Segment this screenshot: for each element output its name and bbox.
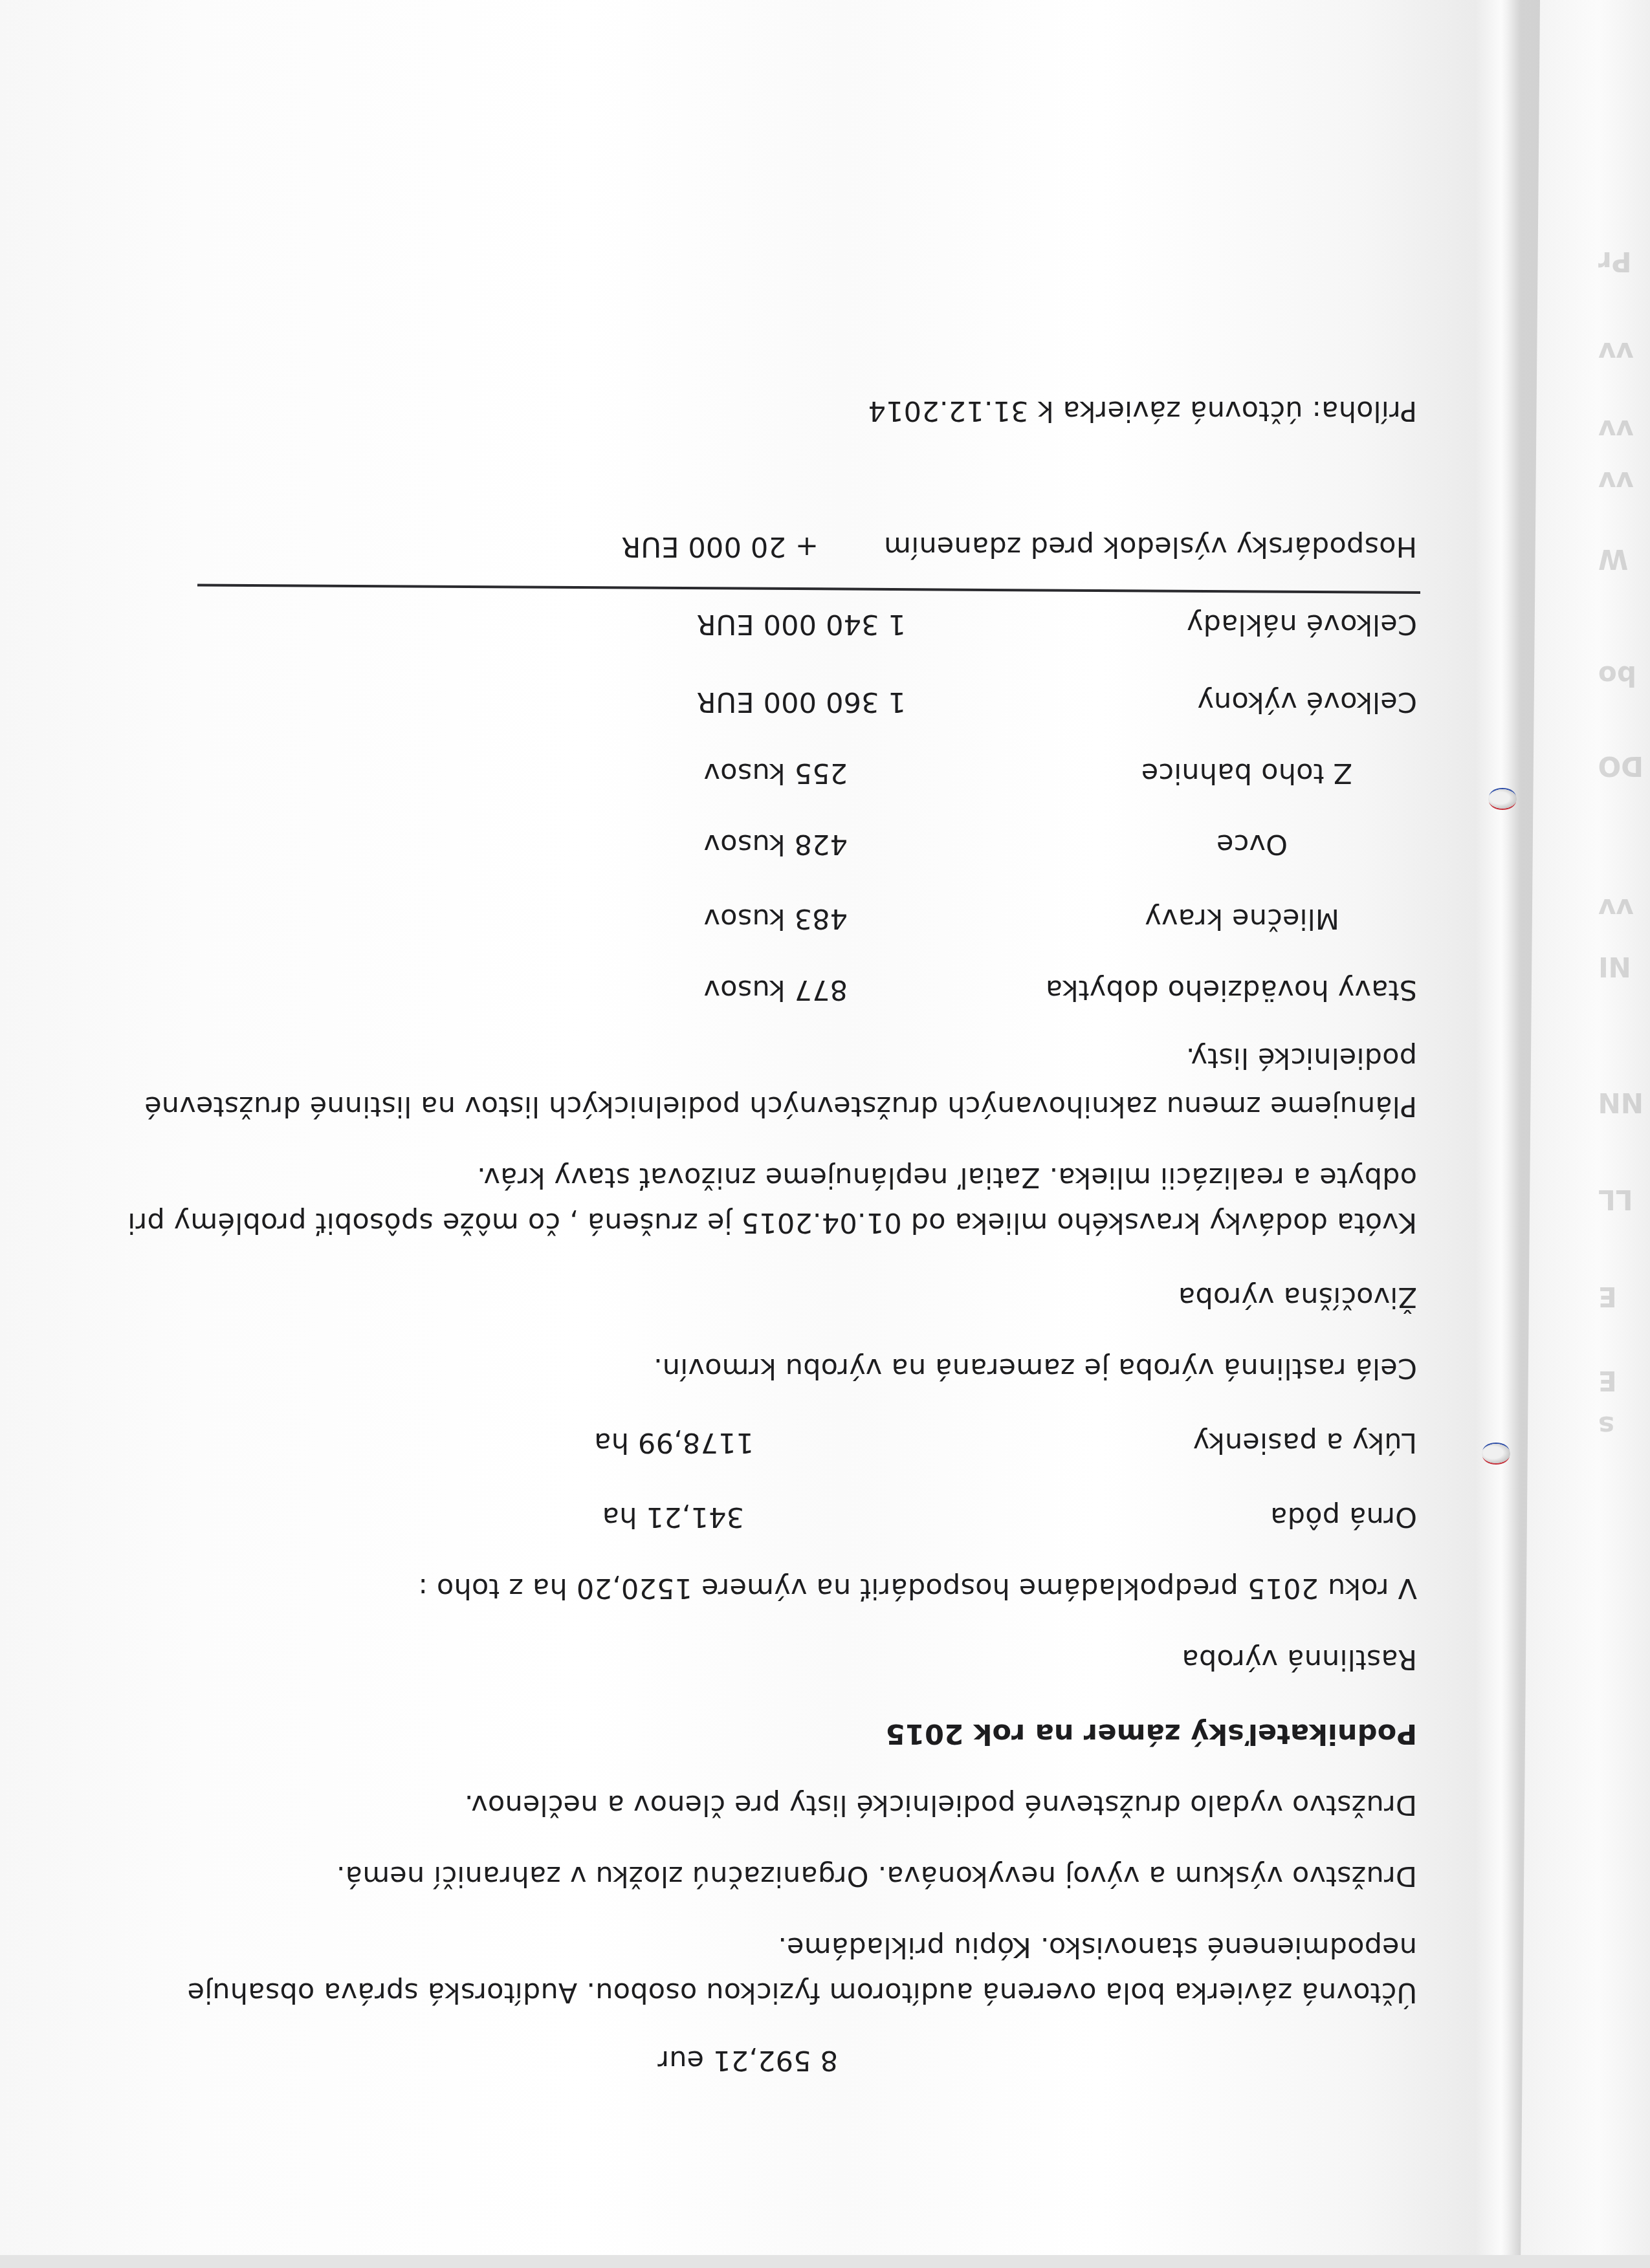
financial-label: Celkové náklady [1187, 608, 1417, 640]
result-value: + 20 000 EUR [621, 530, 819, 563]
land-item-value: 341,21 ha [602, 1501, 744, 1533]
livestock-item-value: 428 kusov [703, 828, 848, 860]
livestock-item-value: 877 kusov [703, 974, 848, 1006]
land-item-label: Lúky a pasienky [1193, 1426, 1417, 1459]
livestock-item-value: 255 kusov [703, 757, 848, 789]
financial-value: 1 340 000 EUR [696, 608, 906, 640]
quota-paragraph-line-1: Kvóta dodávky kravského mlieka od 01.04.… [127, 1206, 1417, 1239]
livestock-item-label: Z toho bahnice [1141, 757, 1352, 789]
plan-paragraph-line-1: Plánujeme zmenu zaknihovaných družstevný… [144, 1090, 1417, 1122]
shares-paragraph: Družstvo vydalo družstevné podielnické l… [465, 1789, 1417, 1821]
audit-paragraph-line-2: nepodmienené stanovisko. Kópiu prikladám… [778, 1931, 1417, 1963]
land-item-label: Orná pôda [1270, 1501, 1417, 1533]
livestock-item-label: Mliečne kravy [1145, 902, 1339, 935]
land-item-value: 1178,99 ha [594, 1426, 754, 1459]
financial-value: 1 360 000 EUR [696, 686, 906, 718]
plant-production-note: Celá rastlinná výroba je zameraná na výr… [654, 1352, 1417, 1384]
result-label: Hospodársky výsledok pred zdanením [884, 530, 1417, 563]
plan-paragraph-line-2: podielnické listy. [1186, 1041, 1417, 1074]
attachment-line: Príloha: účtovná závierka k 31.12.2014 [868, 395, 1417, 427]
livestock-item-label: Ovce [1216, 828, 1288, 860]
plant-production-heading: Rastlinná výroba [1182, 1643, 1417, 1675]
total-rule [197, 583, 1420, 594]
research-paragraph: Družstvo výskum a vývoj nevykonáva. Orga… [336, 1860, 1417, 1892]
livestock-item-value: 483 kusov [703, 902, 848, 935]
animal-production-heading: Živočíšna výroba [1178, 1281, 1417, 1313]
audit-paragraph-line-1: Účtovná závierka bola overená audítorom … [187, 1976, 1417, 2009]
amount-line: 8 592,21 eur [657, 2044, 838, 2077]
quota-paragraph-line-2: odbyte a realizácii mlieka. Zatiaľ neplá… [477, 1161, 1417, 1194]
financial-label: Celkové výkony [1197, 686, 1417, 718]
plan-heading: Podnikateľský zámer na rok 2015 [886, 1717, 1417, 1750]
livestock-item-label: Stavy hovädzieho dobytka [1046, 974, 1417, 1006]
plant-production-intro: V roku 2015 predpokladáme hospodáriť na … [418, 1572, 1417, 1604]
document-body: 8 592,21 eur Účtovná závierka bola overe… [0, 0, 1650, 2268]
